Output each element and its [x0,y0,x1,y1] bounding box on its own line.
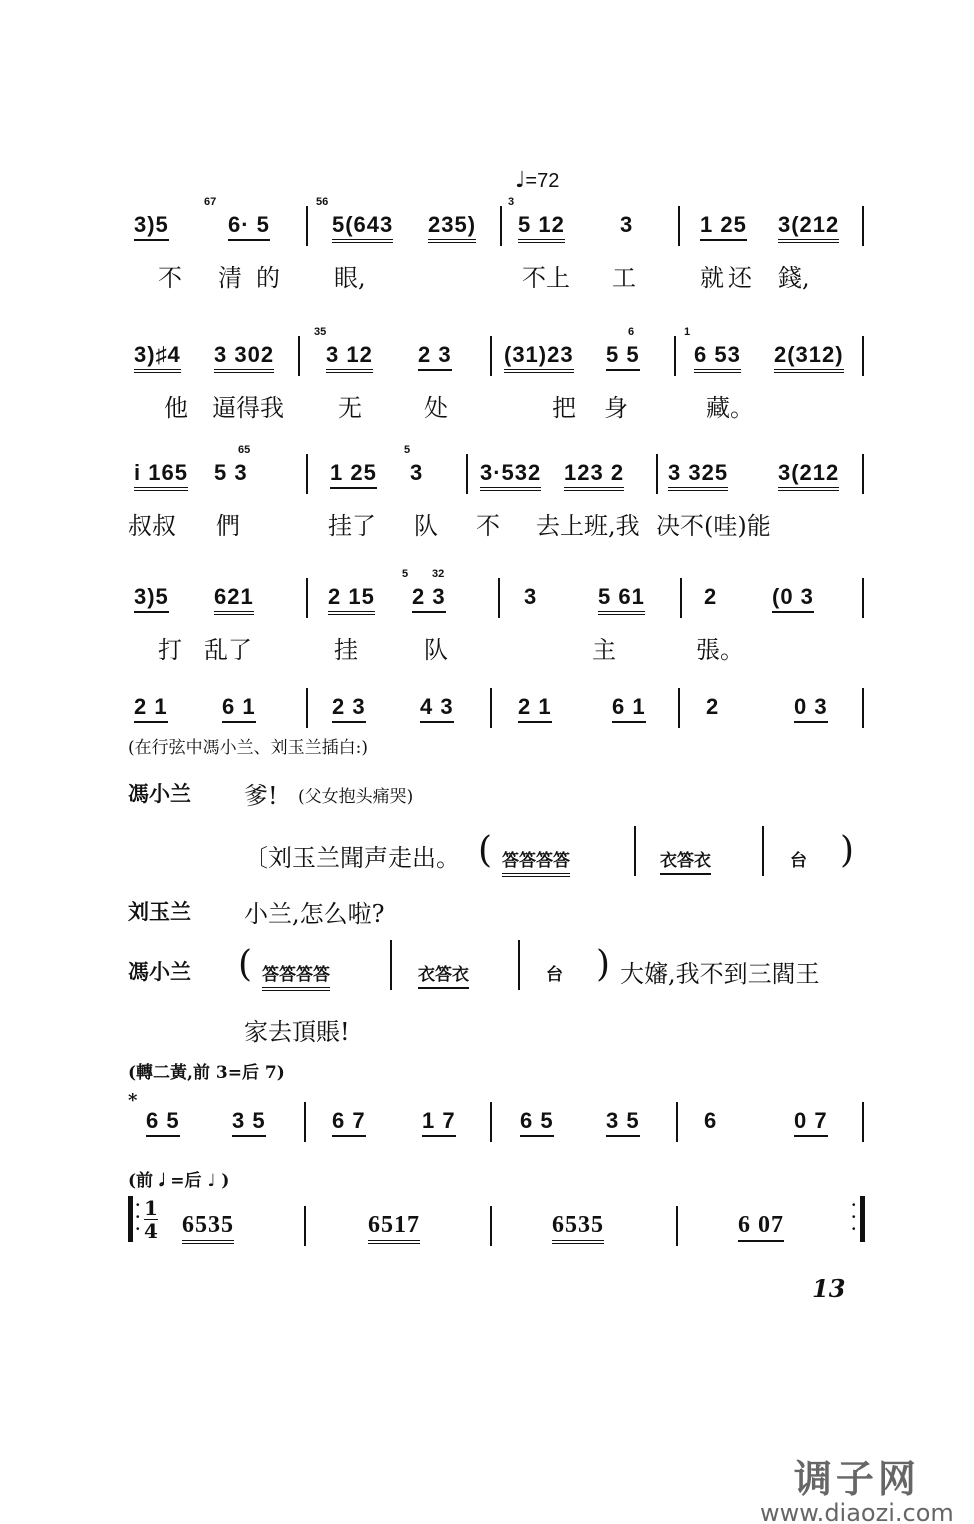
barline [466,454,468,494]
barline [390,940,392,990]
barline [678,688,680,728]
percussion-pattern: 答答答答 [262,960,330,991]
note-group: 6 07 [738,1212,784,1242]
note-group: 5 3 [214,460,248,486]
close-paren: ) [596,944,610,985]
lyric: 乱了 [204,630,252,665]
half-note-icon: 𝅗𝅥 [159,1171,164,1191]
speaker-name: 刘玉兰 [128,896,191,926]
grace-note: 65 [238,444,250,456]
speech-text-continued: 家去頂賬! [244,1012,350,1047]
note-group: (0 3 [772,584,814,613]
speech-text: 〔刘玉兰聞声走出。 [244,838,460,873]
speaker-name: 馮小兰 [128,778,191,808]
barline [306,454,308,494]
note-group: i 165 [134,460,188,491]
repeat-dots: ••• [852,1200,856,1236]
note-group: 2 1 [134,694,168,723]
note-group: 3(212 [778,212,839,243]
note-group: 4 3 [420,694,454,723]
speech-text: 大嬸,我不到三閻王 [620,954,820,989]
watermark-title: 调子网 [760,1448,954,1503]
tempo-relation-equals: =后 [170,1171,201,1191]
barline [500,206,502,246]
lyric: 主 [592,630,616,665]
grace-note: 5 [402,568,408,580]
grace-note: 32 [432,568,444,580]
lyric: 們 [216,506,240,541]
watermark: 调子网 www.diaozi.com [760,1448,954,1524]
note-group: 6 1 [222,694,256,723]
note-group: 6 53 [694,342,741,373]
note-group: 5 12 [518,212,565,243]
barline [490,1102,492,1142]
lyric: 不 [158,258,182,293]
barline [490,1206,492,1246]
lyric: 不上 [522,258,570,293]
grace-note: 67 [204,196,216,208]
lyric: 就还 [700,258,756,293]
note-group: (31)23 [504,342,574,373]
percussion-pattern: 答答答答 [502,846,570,877]
tempo-relation-suffix: ) [221,1171,229,1191]
grace-note: 35 [314,326,326,338]
barline [656,454,658,494]
barline [304,1102,306,1142]
lyric: 逼得我 [212,388,284,423]
note-group: 3)5 [134,584,169,613]
note-group: 3 302 [214,342,274,373]
lyric: 眼, [334,258,366,293]
note-group: 3 325 [668,460,728,491]
barline [674,336,676,376]
percussion-pattern: 台 [790,846,807,873]
note-group: 3)♯4 [134,342,181,373]
lyric: 身 [604,388,628,423]
note-group: 3 5 [606,1108,640,1137]
note-group: 6 7 [332,1108,366,1137]
barline [862,688,864,728]
tempo-marking: ♩=72 [515,168,559,193]
grace-note: 1 [684,326,690,338]
note-group: 3(212 [778,460,839,491]
lyric: 打 [158,630,182,665]
note-group: 3)5 [134,212,169,241]
speaker-name: 馮小兰 [128,956,191,986]
note-group: 123 2 [564,460,624,491]
percussion-pattern: 台 [546,960,563,987]
lyric: 挂了 [328,506,376,541]
barline [862,1102,864,1142]
tempo-value: =72 [525,170,559,192]
percussion-pattern: 衣答衣 [660,846,711,875]
barline [490,688,492,728]
watermark-url: www.diaozi.com [760,1499,954,1524]
note-group: 235) [428,212,476,243]
note-group: 2 [704,584,717,610]
lyric: 无 [338,388,362,423]
barline [862,336,864,376]
lyric: 錢, [778,258,810,293]
percussion-pattern: 衣答衣 [418,960,469,989]
barline [862,454,864,494]
lyric: 队 [424,630,448,665]
barline [298,336,300,376]
quarter-note-icon: ♩ [515,168,525,193]
note-group: 6 5 [146,1108,180,1137]
note-group: 0 3 [794,694,828,723]
note-group: 2 3 [332,694,366,723]
stage-direction: (轉二黃,前 3=后 7) [128,1058,285,1083]
lyric: 挂 [334,630,358,665]
lyric: 藏。 [706,388,754,423]
note-group: 6 5 [520,1108,554,1137]
lyric: 清的 [218,258,294,293]
barline [676,1206,678,1246]
stage-direction: (父女抱头痛哭) [298,782,413,807]
note-group: 0 7 [794,1108,828,1137]
lyric: 不 [476,506,500,541]
lyric: 队 [414,506,438,541]
barline [634,826,636,876]
note-group: 6535 [182,1212,234,1244]
note-group: 2 3 [412,584,446,613]
barline [680,578,682,618]
barline [306,688,308,728]
lyric: 把 [552,388,576,423]
note-group: 3·532 [480,460,541,491]
repeat-end-barline [860,1196,865,1242]
stage-direction: (在行弦中馮小兰、刘玉兰插白:) [128,733,368,758]
grace-note: 5 [404,444,410,456]
note-group: 3 [524,584,537,610]
barline [678,206,680,246]
note-group: 1 7 [422,1108,456,1137]
lyric: 决不(哇)能 [656,506,771,541]
lyric: 叔叔 [128,506,176,541]
note-group: 2 15 [328,584,375,615]
note-group: 3 12 [326,342,373,373]
note-group: 1 25 [330,460,377,489]
lyric: 張。 [696,630,744,665]
barline [498,578,500,618]
tempo-relation-prefix: (前 [128,1171,153,1191]
note-group: 6 1 [612,694,646,723]
note-group: 3 [620,212,633,238]
barline [490,336,492,376]
quarter-note-icon: ♩ [207,1171,215,1191]
note-group: 3 [410,460,423,486]
note-group: 6535 [552,1212,604,1244]
note-group: 5(643 [332,212,393,243]
note-group: 2 [706,694,719,720]
grace-note: 56 [316,196,328,208]
open-paren: ( [478,830,492,871]
open-paren: ( [238,944,252,985]
lyric: 处 [424,388,448,423]
barline [306,206,308,246]
note-group: 3 5 [232,1108,266,1137]
note-group: 6· 5 [228,212,270,241]
tempo-relation: (前 𝅗𝅥 =后 ♩ ) [128,1166,229,1191]
note-group: 6517 [368,1212,420,1244]
note-group: 6 [704,1108,717,1134]
close-paren: ) [840,830,854,871]
note-group: 2(312) [774,342,844,373]
note-group: 2 1 [518,694,552,723]
barline [862,206,864,246]
barline [676,1102,678,1142]
speech-text: 小兰,怎么啦? [244,894,385,929]
note-group: 2 3 [418,342,452,371]
note-group: 5 61 [598,584,645,615]
note-group: 621 [214,584,254,615]
barline [306,578,308,618]
note-group: 5 5 [606,342,640,371]
barline [518,940,520,990]
speech-text: 爹! [244,776,278,811]
barline [762,826,764,876]
score-page: ♩=72 3)5 67 6· 5 56 5(643 235) 3 5 12 3 … [0,0,974,1524]
grace-note: 3 [508,196,514,208]
note-group: 1 25 [700,212,747,241]
lyric: 工 [612,258,636,293]
barline [862,578,864,618]
lyric: 他 [164,388,188,423]
lyric: 去上班,我 [536,506,640,541]
page-number: 13 [812,1274,845,1303]
barline [304,1206,306,1246]
grace-note: 6 [628,326,634,338]
